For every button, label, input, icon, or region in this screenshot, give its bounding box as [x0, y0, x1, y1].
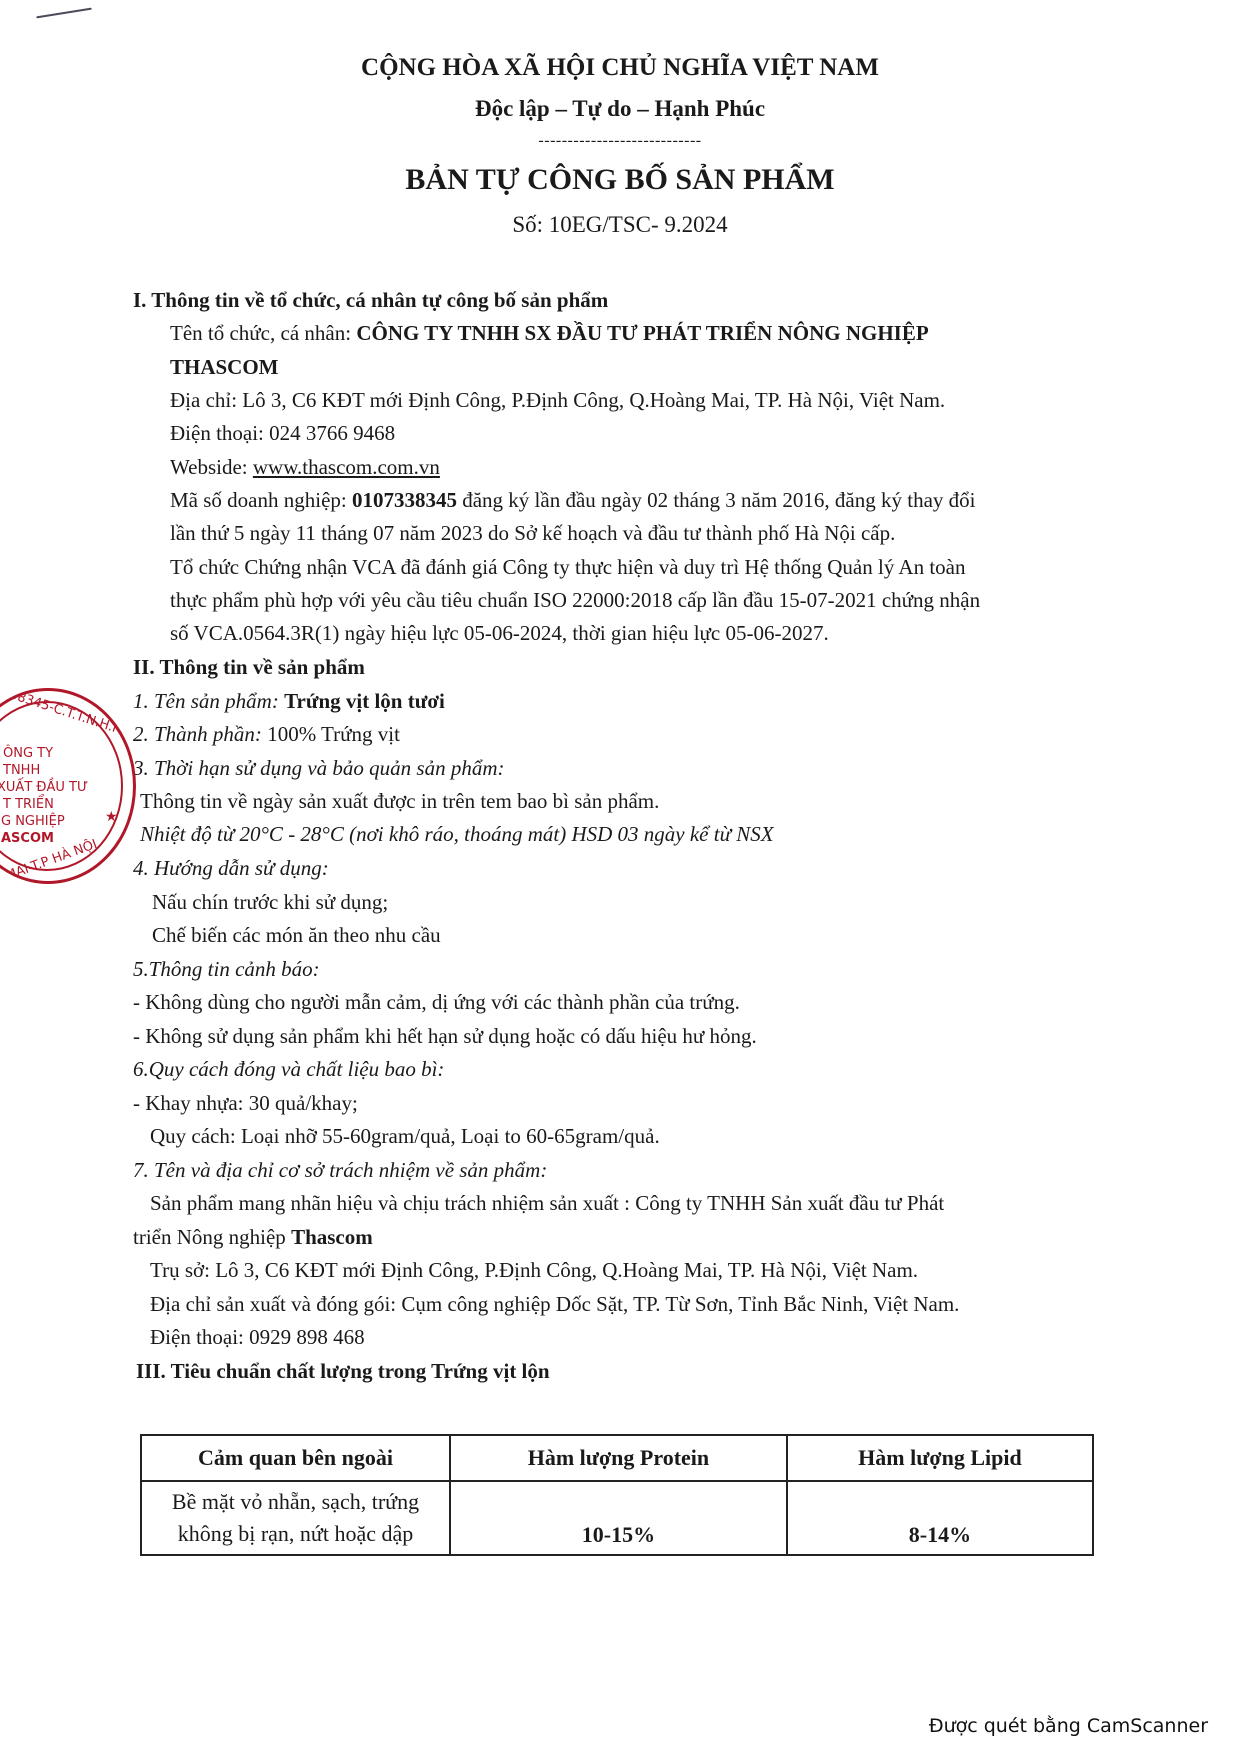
warning-label: 5.Thông tin cảnh báo: — [133, 956, 320, 982]
factory-address: Địa chỉ sản xuất và đóng gói: Cụm công n… — [150, 1291, 959, 1317]
stamp-line-4: T TRIỂN — [3, 797, 54, 812]
responsible-text: triển Nông nghiệp — [133, 1225, 291, 1249]
section2-heading: II. Thông tin về sản phẩm — [133, 654, 365, 680]
protein-cell: 10-15% — [450, 1481, 787, 1555]
appearance-cell: Bề mặt vỏ nhẵn, sạch, trứng không bị rạn… — [141, 1481, 450, 1555]
stamp-line-2: TNHH — [3, 763, 40, 778]
shelf-life-label: 3. Thời hạn sử dụng và bảo quản sản phẩm… — [133, 755, 505, 781]
product-name-label: 1. Tên sản phẩm: — [133, 689, 284, 713]
brand-name: Thascom — [291, 1225, 373, 1249]
warning-line-1: - Không dùng cho người mẫn cảm, dị ứng v… — [133, 989, 740, 1015]
ingredients-label: 2. Thành phần: — [133, 722, 267, 746]
responsible-label: 7. Tên và địa chỉ cơ sở trách nhiệm về s… — [133, 1157, 547, 1183]
tax-text: đăng ký lần đầu ngày 02 tháng 3 năm 2016… — [457, 488, 976, 512]
appearance-line-2: không bị rạn, nứt hoặc dập — [148, 1518, 443, 1550]
tax-code: 0107338345 — [352, 488, 457, 512]
section3-heading: III. Tiêu chuẩn chất lượng trong Trứng v… — [136, 1358, 550, 1384]
product-name-line: 1. Tên sản phẩm: Trứng vịt lộn tươi — [133, 688, 445, 714]
motto: Độc lập – Tự do – Hạnh Phúc — [0, 96, 1240, 122]
shelf-life-line-2: Nhiệt độ từ 20°C - 28°C (nơi khô ráo, th… — [140, 821, 774, 847]
ingredients-value: 100% Trứng vịt — [267, 722, 400, 746]
headquarters: Trụ sở: Lô 3, C6 KĐT mới Định Công, P.Đị… — [150, 1257, 918, 1283]
lipid-cell: 8-14% — [787, 1481, 1093, 1555]
nation-heading: CỘNG HÒA XÃ HỘI CHỦ NGHĨA VIỆT NAM — [0, 54, 1240, 82]
header-appearance: Cảm quan bên ngoài — [141, 1435, 450, 1481]
responsible-line-2: triển Nông nghiệp Thascom — [133, 1224, 373, 1250]
appearance-line-1: Bề mặt vỏ nhẵn, sạch, trứng — [148, 1486, 443, 1518]
stamp-line-3: XUẤT ĐẦU TƯ — [0, 780, 88, 795]
org-website-line: Webside: www.thascom.com.vn — [170, 454, 440, 480]
shelf-life-line-1: Thông tin về ngày sản xuất được in trên … — [140, 788, 659, 814]
website-link[interactable]: www.thascom.com.vn — [253, 455, 440, 479]
product-name: Trứng vịt lộn tươi — [284, 689, 445, 713]
website-label: Webside: — [170, 455, 253, 479]
document-number: Số: 10EG/TSC- 9.2024 — [0, 212, 1240, 238]
document-title: BẢN TỰ CÔNG BỐ SẢN PHẨM — [0, 163, 1240, 197]
tax-label: Mã số doanh nghiệp: — [170, 488, 352, 512]
stamp-line-5: G NGHIỆP — [1, 814, 65, 829]
usage-line-1: Nấu chín trước khi sử dụng; — [152, 889, 388, 915]
table-row: Bề mặt vỏ nhẵn, sạch, trứng không bị rạn… — [141, 1481, 1093, 1555]
header-lipid: Hàm lượng Lipid — [787, 1435, 1093, 1481]
company-stamp: 38345-C.T.T.N.H.H ÔNG TY TNHH XUẤT ĐẦU T… — [0, 688, 136, 884]
header-protein: Hàm lượng Protein — [450, 1435, 787, 1481]
cert-line-1: Tổ chức Chứng nhận VCA đã đánh giá Công … — [170, 554, 965, 580]
factory-phone: Điện thoại: 0929 898 468 — [150, 1324, 365, 1350]
table-header-row: Cảm quan bên ngoài Hàm lượng Protein Hàm… — [141, 1435, 1093, 1481]
responsible-line-1: Sản phẩm mang nhãn hiệu và chịu trách nh… — [150, 1190, 944, 1216]
warning-line-2: - Không sử dụng sản phẩm khi hết hạn sử … — [133, 1023, 757, 1049]
section1-heading: I. Thông tin về tổ chức, cá nhân tự công… — [133, 287, 608, 313]
star-icon: ★ — [105, 809, 118, 825]
usage-line-2: Chế biến các món ăn theo nhu cầu — [152, 922, 441, 948]
quality-table: Cảm quan bên ngoài Hàm lượng Protein Hàm… — [140, 1434, 1094, 1556]
org-name-line: Tên tổ chức, cá nhân: CÔNG TY TNHH SX ĐẦ… — [170, 320, 929, 346]
scanner-watermark: Được quét bằng CamScanner — [929, 1715, 1208, 1737]
packaging-line-1: - Khay nhựa: 30 quả/khay; — [133, 1090, 358, 1116]
stamp-line-6: ASCOM — [1, 831, 54, 846]
stamp-line-1: ÔNG TY — [3, 746, 53, 761]
usage-label: 4. Hướng dẫn sử dụng: — [133, 855, 329, 881]
cert-line-2: thực phẩm phù hợp với yêu cầu tiêu chuẩn… — [170, 587, 980, 613]
packaging-label: 6.Quy cách đóng và chất liệu bao bì: — [133, 1056, 444, 1082]
tax-line-1: Mã số doanh nghiệp: 0107338345 đăng ký l… — [170, 487, 975, 513]
ingredients-line: 2. Thành phần: 100% Trứng vịt — [133, 721, 400, 747]
header-divider: ---------------------------- — [0, 132, 1240, 150]
org-address: Địa chỉ: Lô 3, C6 KĐT mới Định Công, P.Đ… — [170, 387, 945, 413]
org-name-cont: THASCOM — [170, 354, 279, 380]
cert-line-3: số VCA.0564.3R(1) ngày hiệu lực 05-06-20… — [170, 620, 829, 646]
pen-mark — [36, 8, 92, 19]
org-phone: Điện thoại: 024 3766 9468 — [170, 420, 395, 446]
packaging-line-2: Quy cách: Loại nhỡ 55-60gram/quả, Loại t… — [150, 1123, 660, 1149]
tax-line-2: lần thứ 5 ngày 11 tháng 07 năm 2023 do S… — [170, 520, 895, 546]
org-name: CÔNG TY TNHH SX ĐẦU TƯ PHÁT TRIỂN NÔNG N… — [356, 321, 928, 345]
org-label: Tên tổ chức, cá nhân: — [170, 321, 356, 345]
